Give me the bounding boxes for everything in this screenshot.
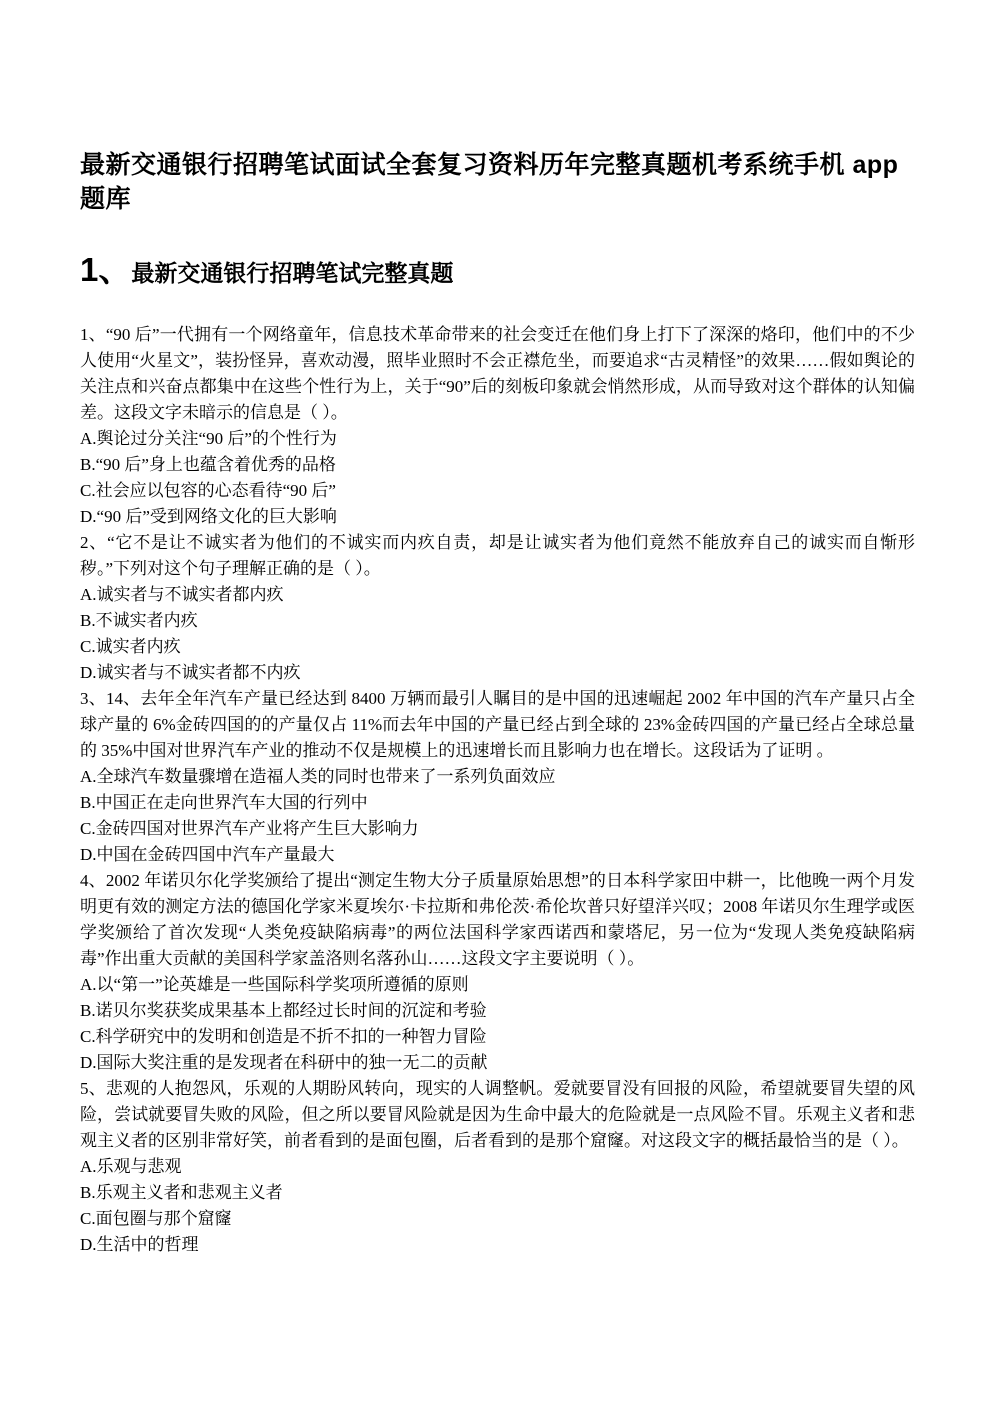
question-option-d: D.中国在金砖四国中汽车产量最大 [80,842,915,868]
document-title: 最新交通银行招聘笔试面试全套复习资料历年完整真题机考系统手机 app 题库 [80,148,915,216]
question-option-d: D.国际大奖注重的是发现者在科研中的独一无二的贡献 [80,1050,915,1076]
question-option-c: C.诚实者内疚 [80,634,915,660]
question-block-4: 4、2002 年诺贝尔化学奖颁给了提出“测定生物大分子质量原始思想”的日本科学家… [80,868,915,1076]
question-list: 1、“90 后”一代拥有一个网络童年，信息技术革命带来的社会变迁在他们身上打下了… [80,322,915,1258]
question-text: 2、“它不是让不诚实者为他们的不诚实而内疚自责，却是让诚实者为他们竟然不能放弃自… [80,530,915,582]
question-option-c: C.科学研究中的发明和创造是不折不扣的一种智力冒险 [80,1024,915,1050]
section-heading: 1、最新交通银行招聘笔试完整真题 [80,252,915,292]
question-option-c: C.社会应以包容的心态看待“90 后” [80,478,915,504]
question-option-a: A.诚实者与不诚实者都内疚 [80,582,915,608]
question-option-d: D.生活中的哲理 [80,1232,915,1258]
question-text: 3、14、去年全年汽车产量已经达到 8400 万辆而最引人瞩目的是中国的迅速崛起… [80,686,915,764]
question-text: 1、“90 后”一代拥有一个网络童年，信息技术革命带来的社会变迁在他们身上打下了… [80,322,915,426]
section-number: 1、 [80,251,131,288]
question-option-b: B.“90 后”身上也蕴含着优秀的品格 [80,452,915,478]
question-option-a: A.全球汽车数量骤增在造福人类的同时也带来了一系列负面效应 [80,764,915,790]
question-block-2: 2、“它不是让不诚实者为他们的不诚实而内疚自责，却是让诚实者为他们竟然不能放弃自… [80,530,915,686]
section-title: 最新交通银行招聘笔试完整真题 [131,260,453,286]
question-option-b: B.乐观主义者和悲观主义者 [80,1180,915,1206]
question-option-d: D.诚实者与不诚实者都不内疚 [80,660,915,686]
question-option-b: B.诺贝尔奖获奖成果基本上都经过长时间的沉淀和考验 [80,998,915,1024]
question-option-a: A.舆论过分关注“90 后”的个性行为 [80,426,915,452]
question-option-b: B.不诚实者内疚 [80,608,915,634]
question-text: 5、悲观的人抱怨风，乐观的人期盼风转向，现实的人调整帆。爱就要冒没有回报的风险，… [80,1076,915,1154]
question-block-5: 5、悲观的人抱怨风，乐观的人期盼风转向，现实的人调整帆。爱就要冒没有回报的风险，… [80,1076,915,1258]
document-page: 最新交通银行招聘笔试面试全套复习资料历年完整真题机考系统手机 app 题库 1、… [0,0,993,1404]
question-option-c: C.金砖四国对世界汽车产业将产生巨大影响力 [80,816,915,842]
question-block-1: 1、“90 后”一代拥有一个网络童年，信息技术革命带来的社会变迁在他们身上打下了… [80,322,915,530]
question-option-d: D.“90 后”受到网络文化的巨大影响 [80,504,915,530]
question-option-b: B.中国正在走向世界汽车大国的行列中 [80,790,915,816]
question-option-c: C.面包圈与那个窟窿 [80,1206,915,1232]
question-text: 4、2002 年诺贝尔化学奖颁给了提出“测定生物大分子质量原始思想”的日本科学家… [80,868,915,972]
question-option-a: A.乐观与悲观 [80,1154,915,1180]
question-option-a: A.以“第一”论英雄是一些国际科学奖项所遵循的原则 [80,972,915,998]
question-block-3: 3、14、去年全年汽车产量已经达到 8400 万辆而最引人瞩目的是中国的迅速崛起… [80,686,915,868]
